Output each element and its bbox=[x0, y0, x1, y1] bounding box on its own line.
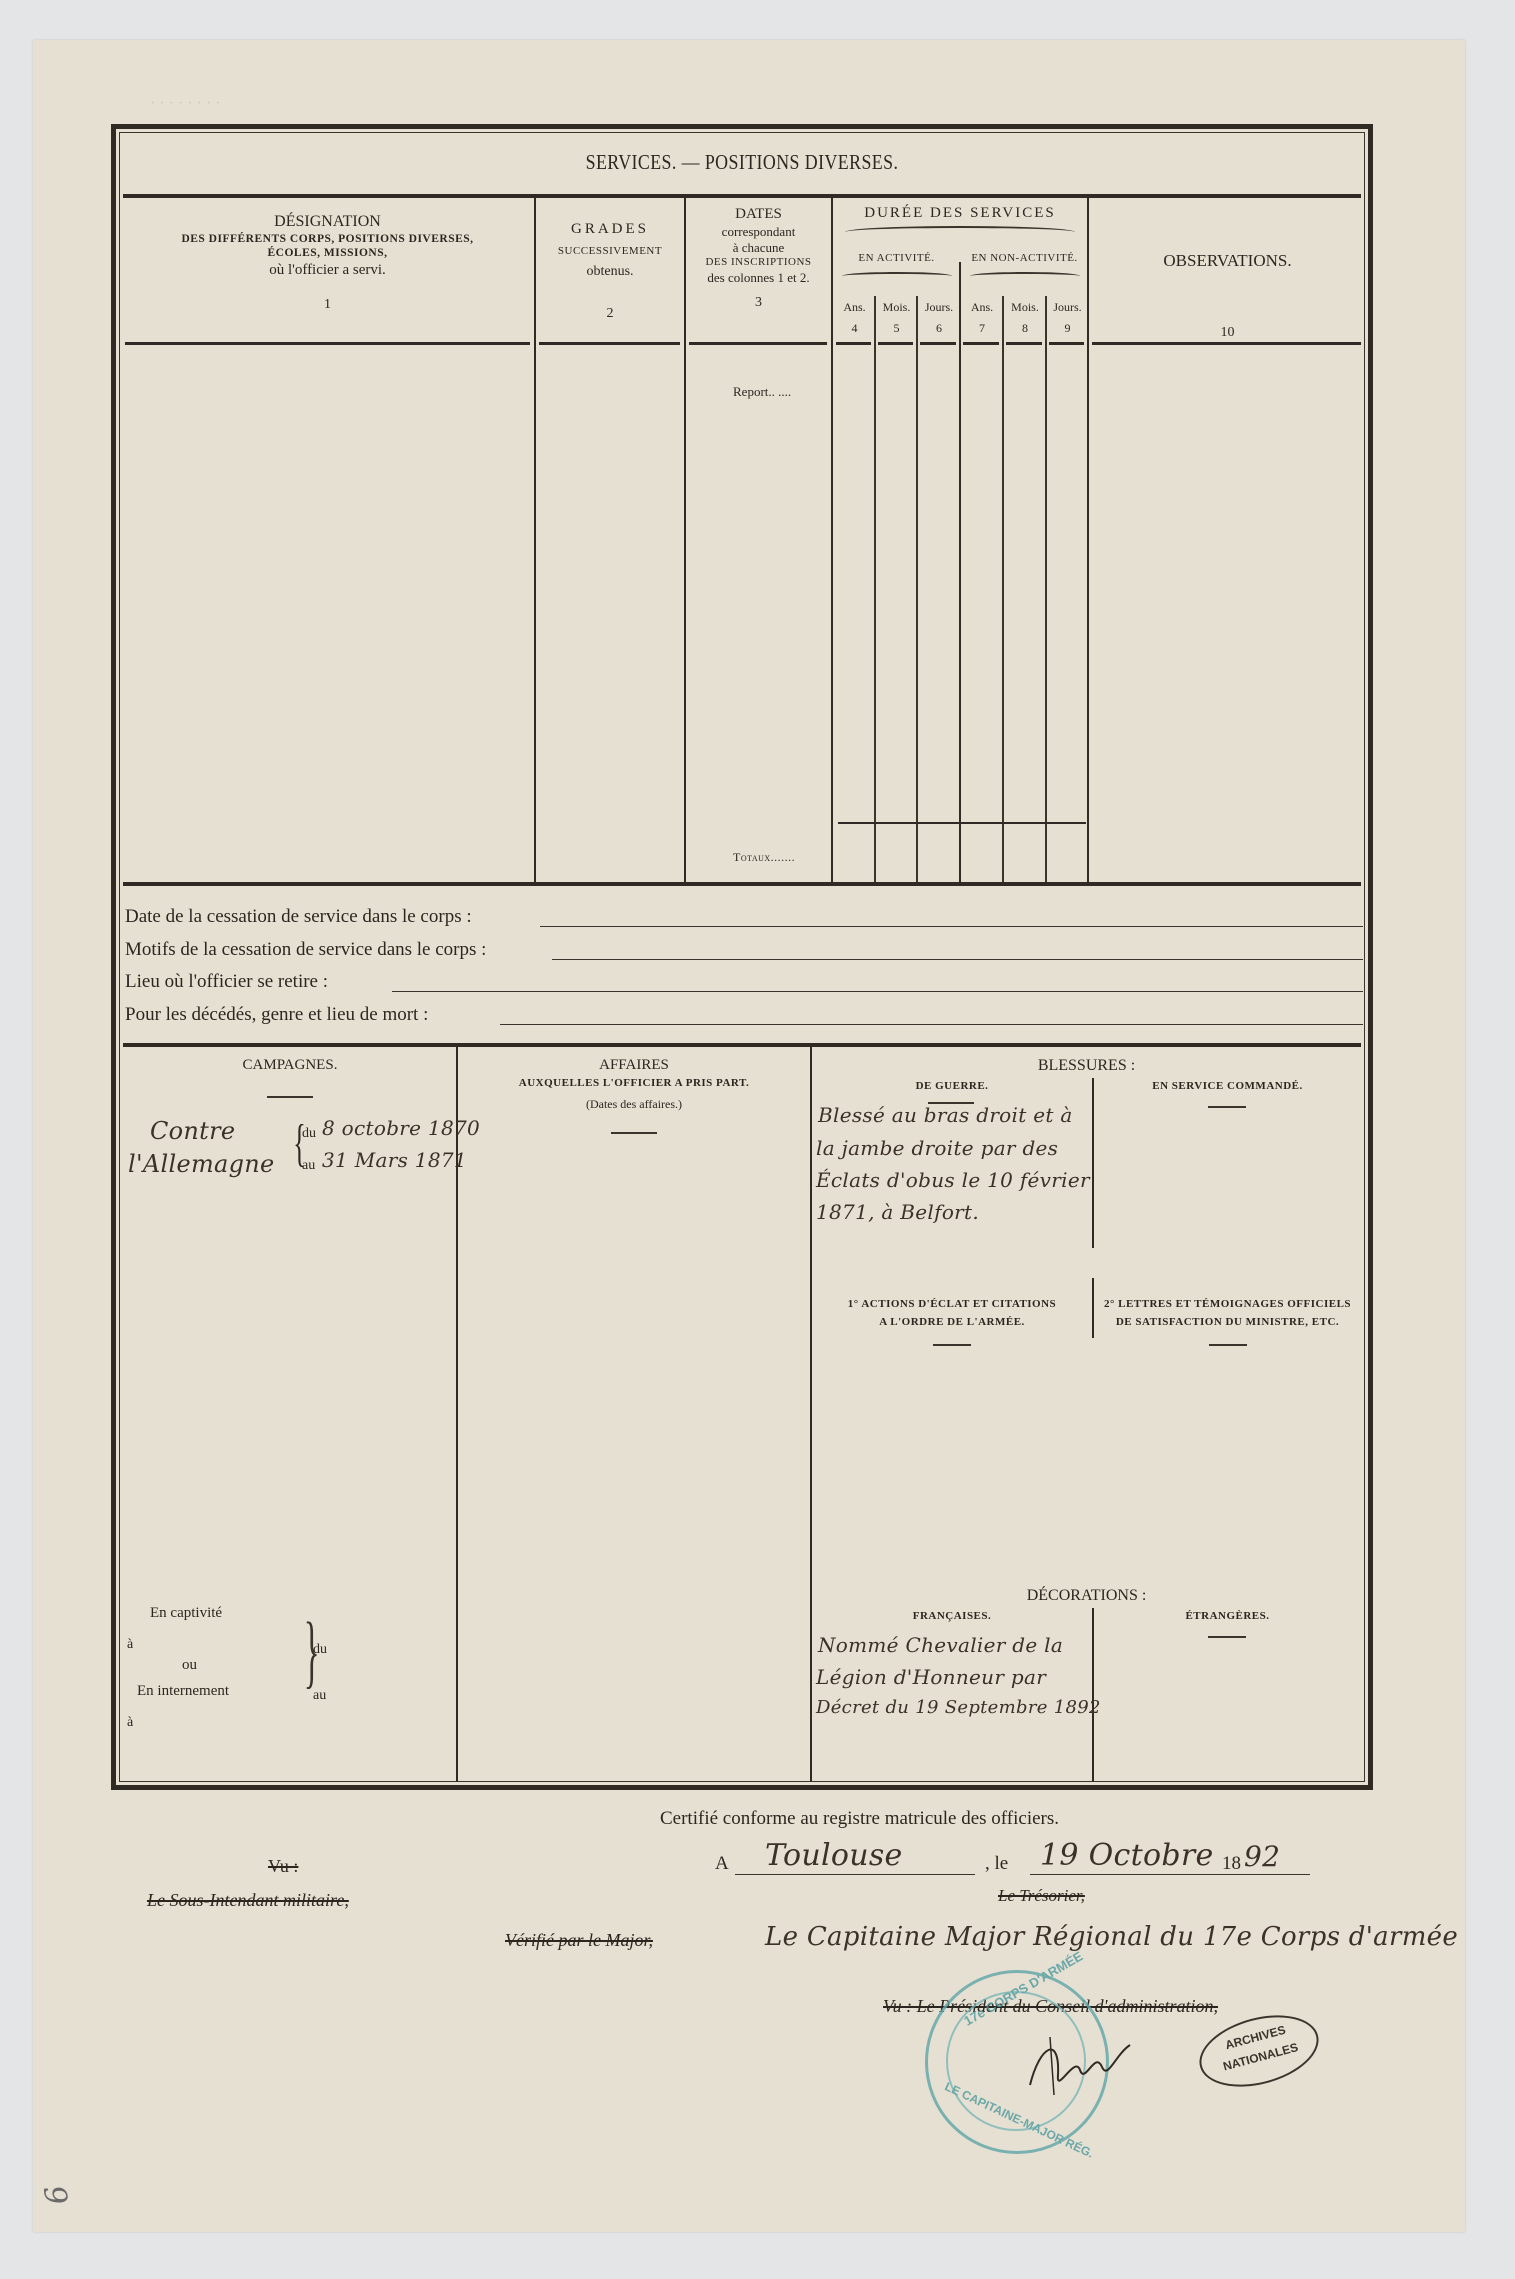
activite-brace bbox=[842, 272, 952, 280]
affaires-sub: AUXQUELLES L'OFFICIER A PRIS PART. bbox=[460, 1077, 808, 1091]
captivite-label: En captivité bbox=[150, 1605, 222, 1622]
designation-sub-1: DES DIFFÉRENTS CORPS, POSITIONS DIVERSES… bbox=[125, 232, 530, 246]
bleed-through-text: · · · · · · · · bbox=[150, 95, 221, 113]
col5-label: Mois.5 bbox=[876, 300, 917, 336]
col-divider-7-8 bbox=[1002, 296, 1004, 884]
header-rule-5 bbox=[878, 342, 913, 345]
observations-heading: OBSERVATIONS. bbox=[1090, 250, 1365, 271]
col-number-8: 8 bbox=[1004, 321, 1046, 336]
year-printed: 18 bbox=[1222, 1853, 1241, 1875]
signature-icon bbox=[1020, 2025, 1140, 2105]
place-value: Toulouse bbox=[765, 1838, 903, 1873]
cessation-date-field[interactable] bbox=[540, 926, 1363, 927]
blessure-line-1: Blessé au bras droit et à bbox=[818, 1103, 1073, 1127]
col4-unit: Ans. bbox=[834, 300, 875, 315]
col8-unit: Mois. bbox=[1004, 300, 1046, 315]
actions-right-line-1: 2° LETTRES ET TÉMOIGNAGES OFFICIELS bbox=[1094, 1296, 1361, 1314]
blessure-line-2: la jambe droite par des bbox=[816, 1136, 1058, 1160]
col-number-1: 1 bbox=[125, 296, 530, 314]
col-divider-2-3 bbox=[684, 196, 686, 884]
affaires-divider bbox=[810, 1047, 812, 1782]
captivite-au: au bbox=[313, 1688, 326, 1704]
col-number-10: 10 bbox=[1090, 324, 1365, 342]
etrangeres-label: ÉTRANGÈRES. bbox=[1094, 1610, 1361, 1624]
col-divider-9-10 bbox=[1087, 196, 1089, 884]
decorations-heading: DÉCORATIONS : bbox=[812, 1586, 1361, 1606]
decorations-subdivider bbox=[1092, 1608, 1094, 1782]
col9-label: Jours.9 bbox=[1047, 300, 1088, 336]
report-label: Report.. .... bbox=[733, 384, 791, 400]
header-rule-10 bbox=[1092, 342, 1361, 345]
place-prefix: A bbox=[715, 1853, 729, 1875]
captivite-a1: à bbox=[127, 1637, 133, 1653]
header-rule-7 bbox=[963, 342, 999, 345]
designation-heading: DÉSIGNATION bbox=[125, 212, 530, 232]
en-service-dash bbox=[1208, 1106, 1246, 1108]
grades-sub-1: SUCCESSIVEMENT bbox=[537, 245, 683, 259]
dates-heading: DATES bbox=[687, 205, 830, 224]
affaires-header: AFFAIRES AUXQUELLES L'OFFICIER A PRIS PA… bbox=[460, 1056, 808, 1140]
col-number-3: 3 bbox=[687, 294, 830, 312]
actions-left-dash bbox=[933, 1344, 971, 1346]
dates-sub-2: à chacune bbox=[687, 240, 830, 256]
campaign-from-prefix: du bbox=[302, 1126, 316, 1142]
grades-heading: GRADES bbox=[537, 220, 683, 239]
lieu-retraite-field[interactable] bbox=[392, 991, 1363, 992]
campaigns-top-rule bbox=[123, 1043, 1361, 1047]
grades-sub-2: obtenus. bbox=[537, 263, 683, 281]
decoration-line-2: Légion d'Honneur par bbox=[816, 1665, 1046, 1689]
internement-label: En internement bbox=[137, 1683, 229, 1700]
captivite-ou: ou bbox=[182, 1657, 197, 1674]
dates-sub-4: des colonnes 1 et 2. bbox=[687, 270, 830, 286]
title-rule bbox=[123, 194, 1361, 198]
col-divider-5-6 bbox=[916, 296, 918, 884]
designation-sub-3: où l'officier a servi. bbox=[125, 261, 530, 280]
lettres-temoignages-heading: 2° LETTRES ET TÉMOIGNAGES OFFICIELS DE S… bbox=[1094, 1296, 1361, 1353]
date-value: 19 Octobre bbox=[1040, 1838, 1214, 1873]
campaign-line-1: Contre bbox=[150, 1117, 235, 1145]
cessation-motifs-label: Motifs de la cessation de service dans l… bbox=[125, 939, 486, 961]
affaires-title: AFFAIRES bbox=[460, 1056, 808, 1075]
header-rule-8 bbox=[1006, 342, 1042, 345]
decoration-line-3: Décret du 19 Septembre 1892 bbox=[816, 1697, 1101, 1718]
col-number-2: 2 bbox=[537, 305, 683, 323]
col-number-9: 9 bbox=[1047, 321, 1088, 336]
col-grades-header: GRADES SUCCESSIVEMENT obtenus. 2 bbox=[537, 220, 683, 323]
etrangeres-dash bbox=[1208, 1636, 1246, 1638]
col-designation-header: DÉSIGNATION DES DIFFÉRENTS CORPS, POSITI… bbox=[125, 212, 530, 313]
date-prefix: , le bbox=[985, 1853, 1008, 1875]
actions-right-line-2: DE SATISFACTION DU MINISTRE, ETC. bbox=[1094, 1314, 1361, 1332]
en-activite-label: EN ACTIVITÉ. bbox=[834, 252, 959, 266]
col6-unit: Jours. bbox=[918, 300, 960, 315]
affaires-note: (Dates des affaires.) bbox=[460, 1097, 808, 1112]
en-service-label: EN SERVICE COMMANDÉ. bbox=[1094, 1080, 1361, 1094]
header-rule-4 bbox=[836, 342, 871, 345]
col-divider-8-9 bbox=[1045, 296, 1047, 884]
year-handwritten: 92 bbox=[1244, 1840, 1280, 1873]
captivite-a2: à bbox=[127, 1715, 133, 1731]
col7-unit: Ans. bbox=[961, 300, 1003, 315]
section-title: SERVICES. — POSITIONS DIVERSES. bbox=[206, 150, 1279, 175]
col6-label: Jours.6 bbox=[918, 300, 960, 336]
actions-left-line-1: 1° ACTIONS D'ÉCLAT ET CITATIONS bbox=[812, 1296, 1092, 1314]
date-line bbox=[1030, 1874, 1310, 1875]
actions-eclat-heading: 1° ACTIONS D'ÉCLAT ET CITATIONS A L'ORDR… bbox=[812, 1296, 1092, 1353]
cessation-date-label: Date de la cessation de service dans le … bbox=[125, 906, 472, 928]
totaux-rule bbox=[838, 822, 1086, 824]
actions-left-line-2: A L'ORDRE DE L'ARMÉE. bbox=[812, 1314, 1092, 1332]
blessures-heading: BLESSURES : bbox=[812, 1056, 1361, 1076]
col7-label: Ans.7 bbox=[961, 300, 1003, 336]
blessure-line-3: Éclats d'obus le 10 février bbox=[816, 1168, 1090, 1192]
col-number-6: 6 bbox=[918, 321, 960, 336]
dates-sub-1: correspondant bbox=[687, 224, 830, 240]
actions-right-dash bbox=[1209, 1344, 1247, 1346]
header-rule-6 bbox=[920, 342, 956, 345]
verifie-major-label: Vérifié par le Major, bbox=[505, 1930, 653, 1951]
col-number-4: 4 bbox=[834, 321, 875, 336]
col9-unit: Jours. bbox=[1047, 300, 1088, 315]
vu-left: Vu : bbox=[268, 1856, 298, 1877]
captivite-du: du bbox=[313, 1642, 327, 1658]
blessure-line-4: 1871, à Belfort. bbox=[816, 1200, 979, 1224]
de-guerre-label: DE GUERRE. bbox=[812, 1080, 1092, 1094]
designation-sub-2: ÉCOLES, MISSIONS, bbox=[125, 246, 530, 260]
campagnes-dash bbox=[267, 1096, 313, 1098]
col-divider-3-4 bbox=[831, 196, 833, 884]
col-number-7: 7 bbox=[961, 321, 1003, 336]
col-divider-1-2 bbox=[534, 196, 536, 884]
place-line bbox=[735, 1874, 975, 1875]
col-dates-header: DATES correspondant à chacune DES INSCRI… bbox=[687, 205, 830, 312]
affaires-dash bbox=[611, 1132, 657, 1134]
table-bottom-rule bbox=[123, 882, 1361, 886]
signatory-title: Le Capitaine Major Régional du 17e Corps… bbox=[765, 1922, 1458, 1952]
totaux-label: Totaux....... bbox=[733, 850, 795, 865]
dates-sub-3: DES INSCRIPTIONS bbox=[687, 256, 830, 270]
header-rule-1 bbox=[125, 342, 530, 345]
header-rule-2 bbox=[539, 342, 680, 345]
deces-label: Pour les décédés, genre et lieu de mort … bbox=[125, 1004, 428, 1026]
lieu-retraite-label: Lieu où l'officier se retire : bbox=[125, 971, 328, 993]
campaign-line-2: l'Allemagne bbox=[128, 1150, 275, 1178]
duree-heading: DURÉE DES SERVICES bbox=[834, 204, 1086, 223]
col4-label: Ans.4 bbox=[834, 300, 875, 336]
francaises-label: FRANÇAISES. bbox=[812, 1610, 1092, 1624]
deces-field[interactable] bbox=[500, 1024, 1363, 1025]
campaign-from-date: 8 octobre 1870 bbox=[322, 1116, 480, 1140]
header-rule-3 bbox=[689, 342, 827, 345]
col5-unit: Mois. bbox=[876, 300, 917, 315]
blessures-subdivider bbox=[1092, 1078, 1094, 1248]
campagnes-heading: CAMPAGNES. bbox=[125, 1056, 455, 1104]
en-non-activite-label: EN NON-ACTIVITÉ. bbox=[962, 252, 1087, 266]
non-activite-brace bbox=[970, 272, 1080, 280]
col-divider-6-7 bbox=[959, 262, 961, 884]
duree-brace bbox=[845, 226, 1075, 238]
decoration-line-1: Nommé Chevalier de la bbox=[818, 1633, 1063, 1657]
col-divider-4-5 bbox=[874, 296, 876, 884]
campagnes-title: CAMPAGNES. bbox=[125, 1056, 455, 1075]
header-rule-9 bbox=[1049, 342, 1084, 345]
certification-statement: Certifié conforme au registre matricule … bbox=[660, 1808, 1059, 1830]
campaign-to-prefix: au bbox=[302, 1158, 315, 1174]
sous-intendant-label: Le Sous-Intendant militaire, bbox=[147, 1890, 349, 1911]
campaign-to-date: 31 Mars 1871 bbox=[322, 1148, 467, 1172]
tresorier-label: Le Trésorier, bbox=[998, 1886, 1085, 1906]
col8-label: Mois.8 bbox=[1004, 300, 1046, 336]
col-number-5: 5 bbox=[876, 321, 917, 336]
cessation-motifs-field[interactable] bbox=[552, 959, 1363, 960]
